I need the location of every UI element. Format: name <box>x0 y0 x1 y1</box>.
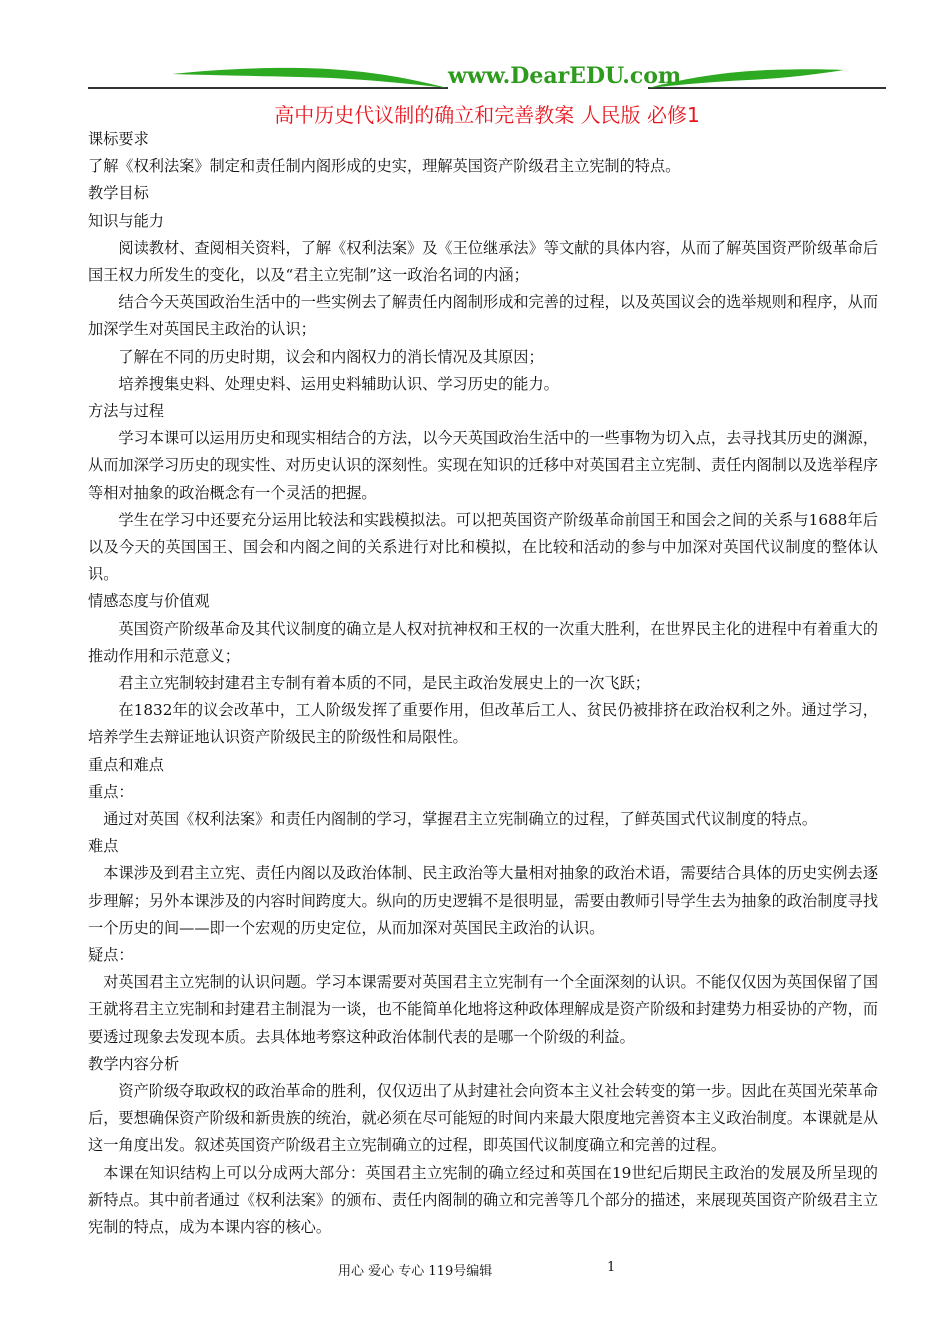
subheading-methods: 方法与过程 <box>88 398 878 425</box>
right-swoosh-icon <box>648 66 844 88</box>
methods-paragraph: 学生在学习中还要充分运用比较法和实践模拟法。可以把英国资产阶级革命前国王和国会之… <box>88 507 878 589</box>
knowledge-paragraph: 培养搜集史料、处理史料、运用史料辅助认识、学习历史的能力。 <box>88 371 878 398</box>
values-paragraph: 在1832年的议会改革中，工人阶级发挥了重要作用，但改革后工人、贫民仍被排挤在政… <box>88 697 878 751</box>
values-paragraph: 英国资产阶级革命及其代议制度的确立是人权对抗神权和王权的一次重大胜利，在世界民主… <box>88 616 878 670</box>
knowledge-paragraph: 阅读教材、查阅相关资料，了解《权利法案》及《王位继承法》等文献的具体内容，从而了… <box>88 235 878 289</box>
subheading-values: 情感态度与价值观 <box>88 588 878 615</box>
methods-paragraph: 学习本课可以运用历史和现实相结合的方法，以今天英国政治生活中的一些事物为切入点，… <box>88 425 878 507</box>
document-body: 课标要求 了解《权利法案》制定和责任制内阁形成的史实，理解英国资产阶级君主立宪制… <box>88 126 878 1241</box>
values-paragraph: 君主立宪制较封建君主专制有着本质的不同，是民主政治发展史上的一次飞跃； <box>88 670 878 697</box>
knowledge-paragraph: 结合今天英国政治生活中的一些实例去了解责任内阁制形成和完善的过程，以及英国议会的… <box>88 289 878 343</box>
key-paragraph: 通过对英国《权利法案》和责任内阁制的学习，掌握君主立宪制确立的过程，了鲜英国式代… <box>88 806 878 833</box>
curriculum-text: 了解《权利法案》制定和责任制内阁形成的史实，理解英国资产阶级君主立宪制的特点。 <box>88 153 878 180</box>
section-heading-goals: 教学目标 <box>88 180 878 207</box>
document-page: www.DearEDU.com 高中历史代议制的确立和完善教案 人民版 必修1 … <box>0 0 950 1344</box>
left-swoosh-icon <box>172 66 448 88</box>
site-banner: www.DearEDU.com <box>88 62 886 92</box>
doubt-paragraph: 对英国君主立宪制的认识问题。学习本课需要对英国君主立宪制有一个全面深刻的认识。不… <box>88 969 878 1051</box>
section-heading-key-difficult: 重点和难点 <box>88 752 878 779</box>
subheading-knowledge: 知识与能力 <box>88 208 878 235</box>
section-heading-curriculum: 课标要求 <box>88 126 878 153</box>
footer-text: 用心 爱心 专心 119号编辑 <box>338 1260 492 1279</box>
subheading-key: 重点： <box>88 779 878 806</box>
analysis-paragraph: 资产阶级夺取政权的政治革命的胜利，仅仅迈出了从封建社会向资本主义社会转变的第一步… <box>88 1078 878 1160</box>
subheading-difficult: 难点 <box>88 833 878 860</box>
difficult-paragraph: 本课涉及到君主立宪、责任内阁以及政治体制、民主政治等大量相对抽象的政治术语，需要… <box>88 860 878 942</box>
analysis-paragraph: 本课在知识结构上可以分成两大部分：英国君主立宪制的确立经过和英国在19世纪后期民… <box>88 1160 878 1242</box>
subheading-doubt: 疑点： <box>88 942 878 969</box>
knowledge-paragraph: 了解在不同的历史时期，议会和内阁权力的消长情况及其原因； <box>88 344 878 371</box>
site-url: www.DearEDU.com <box>448 62 648 90</box>
page-number: 1 <box>607 1260 615 1275</box>
section-heading-analysis: 教学内容分析 <box>88 1051 878 1078</box>
